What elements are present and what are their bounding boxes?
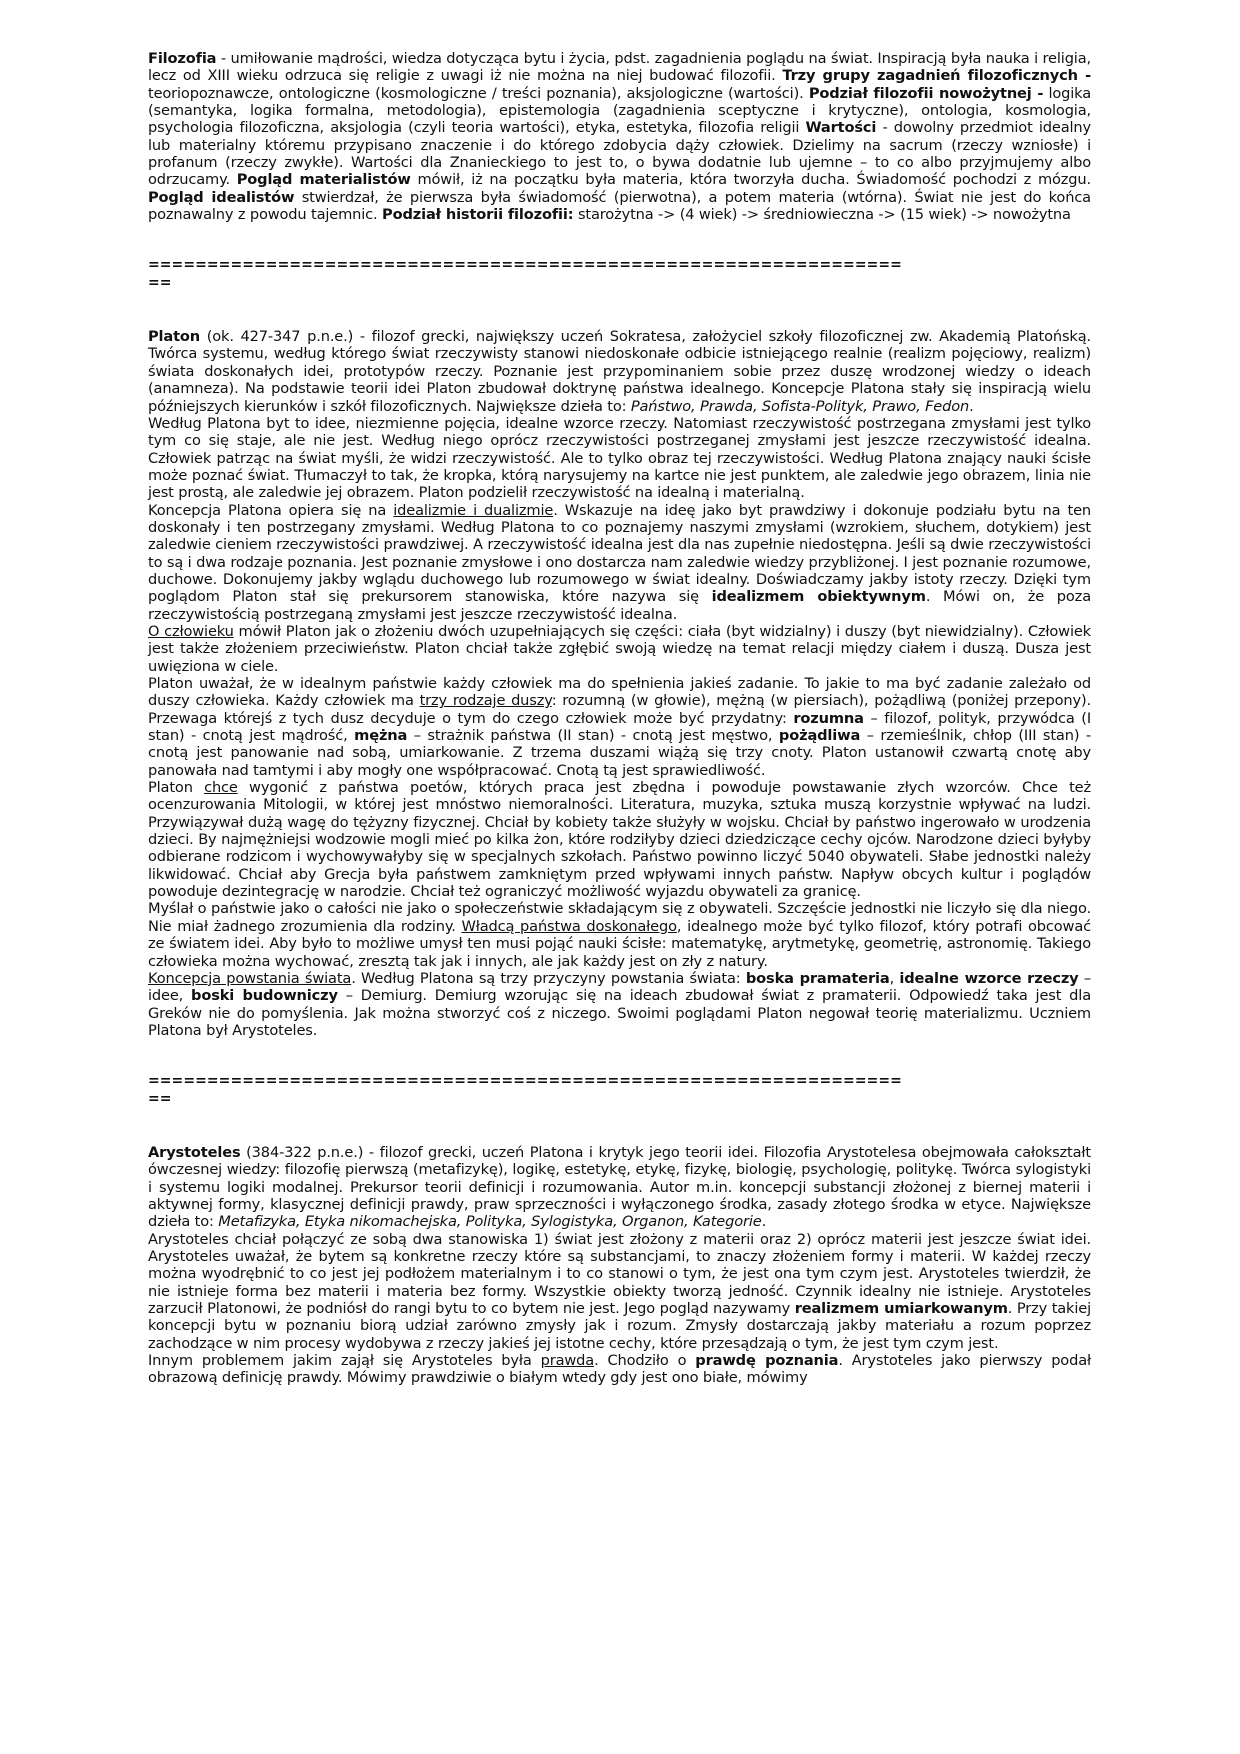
spacer — [148, 292, 1091, 328]
underlined-term: chce — [204, 779, 238, 796]
arystoteles-paragraph: Arystoteles (384-322 p.n.e.) - filozof g… — [148, 1144, 1091, 1231]
underlined-term: prawda — [541, 1352, 594, 1369]
text-run: . Według Platona są trzy przyczyny powst… — [351, 970, 746, 987]
bold-term: boska pramateria — [746, 970, 890, 987]
bold-term: Filozofia — [148, 50, 216, 67]
bold-term: idealne wzorce rzeczy — [899, 970, 1078, 987]
bold-term: idealizmem obiektywnym — [712, 588, 926, 605]
text-run: . — [762, 1213, 767, 1230]
text-run: . Chodziło o — [594, 1352, 695, 1369]
separator-text: ========================================… — [148, 257, 902, 273]
intro-paragraph: Filozofia - umiłowanie mądrości, wiedza … — [148, 50, 1091, 223]
underlined-term: O człowieku — [148, 623, 234, 640]
separator-line: ========================================… — [148, 257, 1091, 292]
bold-term: rozumna — [793, 710, 864, 727]
underlined-term: Władcą państwa doskonałego — [461, 918, 676, 935]
bold-term: mężna — [354, 727, 407, 744]
platon-paragraph: Koncepcja powstania świata. Według Plato… — [148, 970, 1091, 1039]
spacer — [148, 1108, 1091, 1144]
text-run: Platon — [148, 779, 204, 796]
bold-term: Trzy grupy zagadnień filozoficznych - — [782, 67, 1091, 84]
platon-paragraph: Myślał o państwie jako o całości nie jak… — [148, 900, 1091, 969]
bold-term: Podział filozofii nowożytnej - — [809, 85, 1043, 102]
bold-term: pożądliwa — [779, 727, 860, 744]
platon-paragraph: Koncepcja Platona opiera się na idealizm… — [148, 502, 1091, 623]
separator-line: ========================================… — [148, 1073, 1091, 1108]
spacer — [148, 1039, 1091, 1073]
platon-paragraph: O człowieku mówił Platon jak o złożeniu … — [148, 623, 1091, 675]
arystoteles-paragraph: Innym problemem jakim zajął się Arystote… — [148, 1352, 1091, 1387]
bold-term: Pogląd idealistów — [148, 189, 294, 206]
document-page: Filozofia - umiłowanie mądrości, wiedza … — [148, 50, 1091, 1387]
bold-term: Platon — [148, 328, 200, 345]
text-run: Innym problemem jakim zajął się Arystote… — [148, 1352, 541, 1369]
arystoteles-section: Arystoteles (384-322 p.n.e.) - filozof g… — [148, 1144, 1091, 1387]
text-run: Według Platona byt to idee, niezmienne p… — [148, 415, 1091, 501]
text-run: wygonić z państwa poetów, których praca … — [148, 779, 1091, 900]
platon-paragraph: Platon uważał, że w idealnym państwie ka… — [148, 675, 1091, 779]
underlined-term: idealizmie i dualizmie — [393, 502, 553, 519]
bold-term: boski budowniczy — [191, 987, 338, 1004]
text-run: , — [890, 970, 900, 987]
text-run: starożytna -> (4 wiek) -> średniowieczna… — [573, 206, 1070, 223]
text-run: Koncepcja Platona opiera się na — [148, 502, 393, 519]
bold-term: Pogląd materialistów — [237, 171, 411, 188]
platon-section: Platon (ok. 427-347 p.n.e.) - filozof gr… — [148, 328, 1091, 1039]
text-run: teoriopoznawcze, ontologiczne (kosmologi… — [148, 85, 809, 102]
platon-paragraph: Według Platona byt to idee, niezmienne p… — [148, 415, 1091, 502]
bold-term: Wartości — [805, 119, 876, 136]
spacer — [148, 223, 1091, 257]
italic-title: Metafizyka, Etyka nikomachejska, Polityk… — [218, 1213, 761, 1230]
separator-text: ========================================… — [148, 1073, 902, 1089]
platon-paragraph: Platon (ok. 427-347 p.n.e.) - filozof gr… — [148, 328, 1091, 415]
text-run: – strażnik państwa (II stan) - cnotą jes… — [407, 727, 779, 744]
text-run: mówił Platon jak o złożeniu dwóch uzupeł… — [148, 623, 1091, 675]
bold-term: prawdę poznania — [695, 1352, 838, 1369]
text-run: . — [969, 398, 974, 415]
underlined-term: trzy rodzaje duszy — [420, 692, 552, 709]
text-run: mówił, iż na początku była materia, któr… — [411, 171, 1091, 188]
italic-title: Państwo, Prawda, Sofista-Polityk, Prawo,… — [631, 398, 969, 415]
platon-paragraph: Platon chce wygonić z państwa poetów, kt… — [148, 779, 1091, 900]
bold-term: Podział historii filozofii: — [382, 206, 573, 223]
arystoteles-paragraph: Arystoteles chciał połączyć ze sobą dwa … — [148, 1231, 1091, 1352]
bold-term: Arystoteles — [148, 1144, 241, 1161]
underlined-term: Koncepcja powstania świata — [148, 970, 351, 987]
bold-term: realizmem umiarkowanym — [795, 1300, 1008, 1317]
